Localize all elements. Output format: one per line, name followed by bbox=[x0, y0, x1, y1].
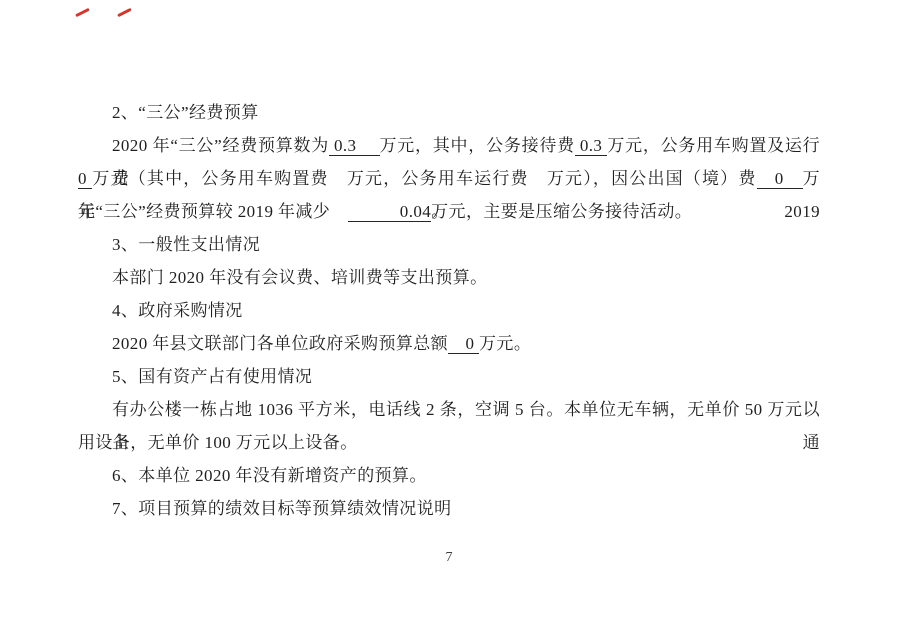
heading-new-assets: 6、本单位 2020 年没有新增资产的预算。 bbox=[78, 459, 820, 492]
heading-general-expenditure: 3、一般性支出情况 bbox=[78, 228, 820, 261]
underlined-value-total-budget: 0.3 bbox=[329, 136, 380, 156]
heading-text: 7、项目预算的绩效目标等预算绩效情况说明 bbox=[112, 499, 452, 518]
heading-text: 3、一般性支出情况 bbox=[112, 235, 260, 254]
heading-text: 6、本单位 2020 年没有新增资产的预算。 bbox=[112, 466, 427, 485]
underlined-value-procurement-total: 0 bbox=[448, 334, 479, 354]
heading-text: 4、政府采购情况 bbox=[112, 301, 243, 320]
red-pen-mark-icon bbox=[117, 8, 132, 17]
paragraph-sangong-line-2: 0 万元（其中，公务用车购置费 万元，公务用车运行费 万元），因公出国（境）费 … bbox=[78, 162, 820, 195]
paragraph-sangong-line-1: 2020 年“三公”经费预算数为 0.3 万元，其中，公务接待费 0.3 万元，… bbox=[78, 129, 820, 162]
paragraph-government-procurement: 2020 年县文联部门各单位政府采购预算总额 0 万元。 bbox=[78, 327, 820, 360]
underlined-value-reception-fee: 0.3 bbox=[575, 136, 607, 156]
underlined-value-vehicle-fee: 0 bbox=[78, 169, 92, 189]
text-run: 万元。 bbox=[479, 334, 531, 353]
heading-performance-targets: 7、项目预算的绩效目标等预算绩效情况说明 bbox=[78, 492, 820, 525]
text-run: 用设备，无单价 100 万元以上设备。 bbox=[78, 433, 358, 452]
heading-text: 5、国有资产占有使用情况 bbox=[112, 367, 312, 386]
text-run: 2020 年“三公”经费预算数为 bbox=[112, 136, 329, 155]
text-run: 万元（其中，公务用车购置费 万元，公务用车运行费 万元），因公出国（境）费 bbox=[92, 169, 756, 188]
heading-text: 2、“三公”经费预算 bbox=[112, 103, 259, 122]
text-run: 万元，主要是压缩公务接待活动。 bbox=[431, 202, 692, 221]
document-page: 2、“三公”经费预算 2020 年“三公”经费预算数为 0.3 万元，其中，公务… bbox=[0, 0, 898, 635]
heading-state-assets: 5、国有资产占有使用情况 bbox=[78, 360, 820, 393]
text-run: 本部门 2020 年没有会议费、培训费等支出预算。 bbox=[112, 268, 488, 287]
heading-government-procurement: 4、政府采购情况 bbox=[78, 294, 820, 327]
heading-sangong-budget: 2、“三公”经费预算 bbox=[78, 96, 820, 129]
underlined-value-decrease: 0.04 bbox=[348, 202, 432, 222]
page-number: 7 bbox=[0, 550, 898, 566]
paragraph-state-assets-line-1: 有办公楼一栋占地 1036 平方米，电话线 2 条，空调 5 台。本单位无车辆，… bbox=[78, 393, 820, 426]
red-pen-mark-icon bbox=[75, 8, 90, 17]
text-run: 年“三公”经费预算较 2019 年减少 bbox=[78, 202, 348, 221]
text-run: 万元，其中，公务接待费 bbox=[380, 136, 575, 155]
text-run: 2020 年县文联部门各单位政府采购预算总额 bbox=[112, 334, 448, 353]
underlined-value-abroad-fee: 0 bbox=[757, 169, 803, 189]
paragraph-general-expenditure: 本部门 2020 年没有会议费、培训费等支出预算。 bbox=[78, 261, 820, 294]
document-body: 2、“三公”经费预算 2020 年“三公”经费预算数为 0.3 万元，其中，公务… bbox=[78, 96, 820, 525]
